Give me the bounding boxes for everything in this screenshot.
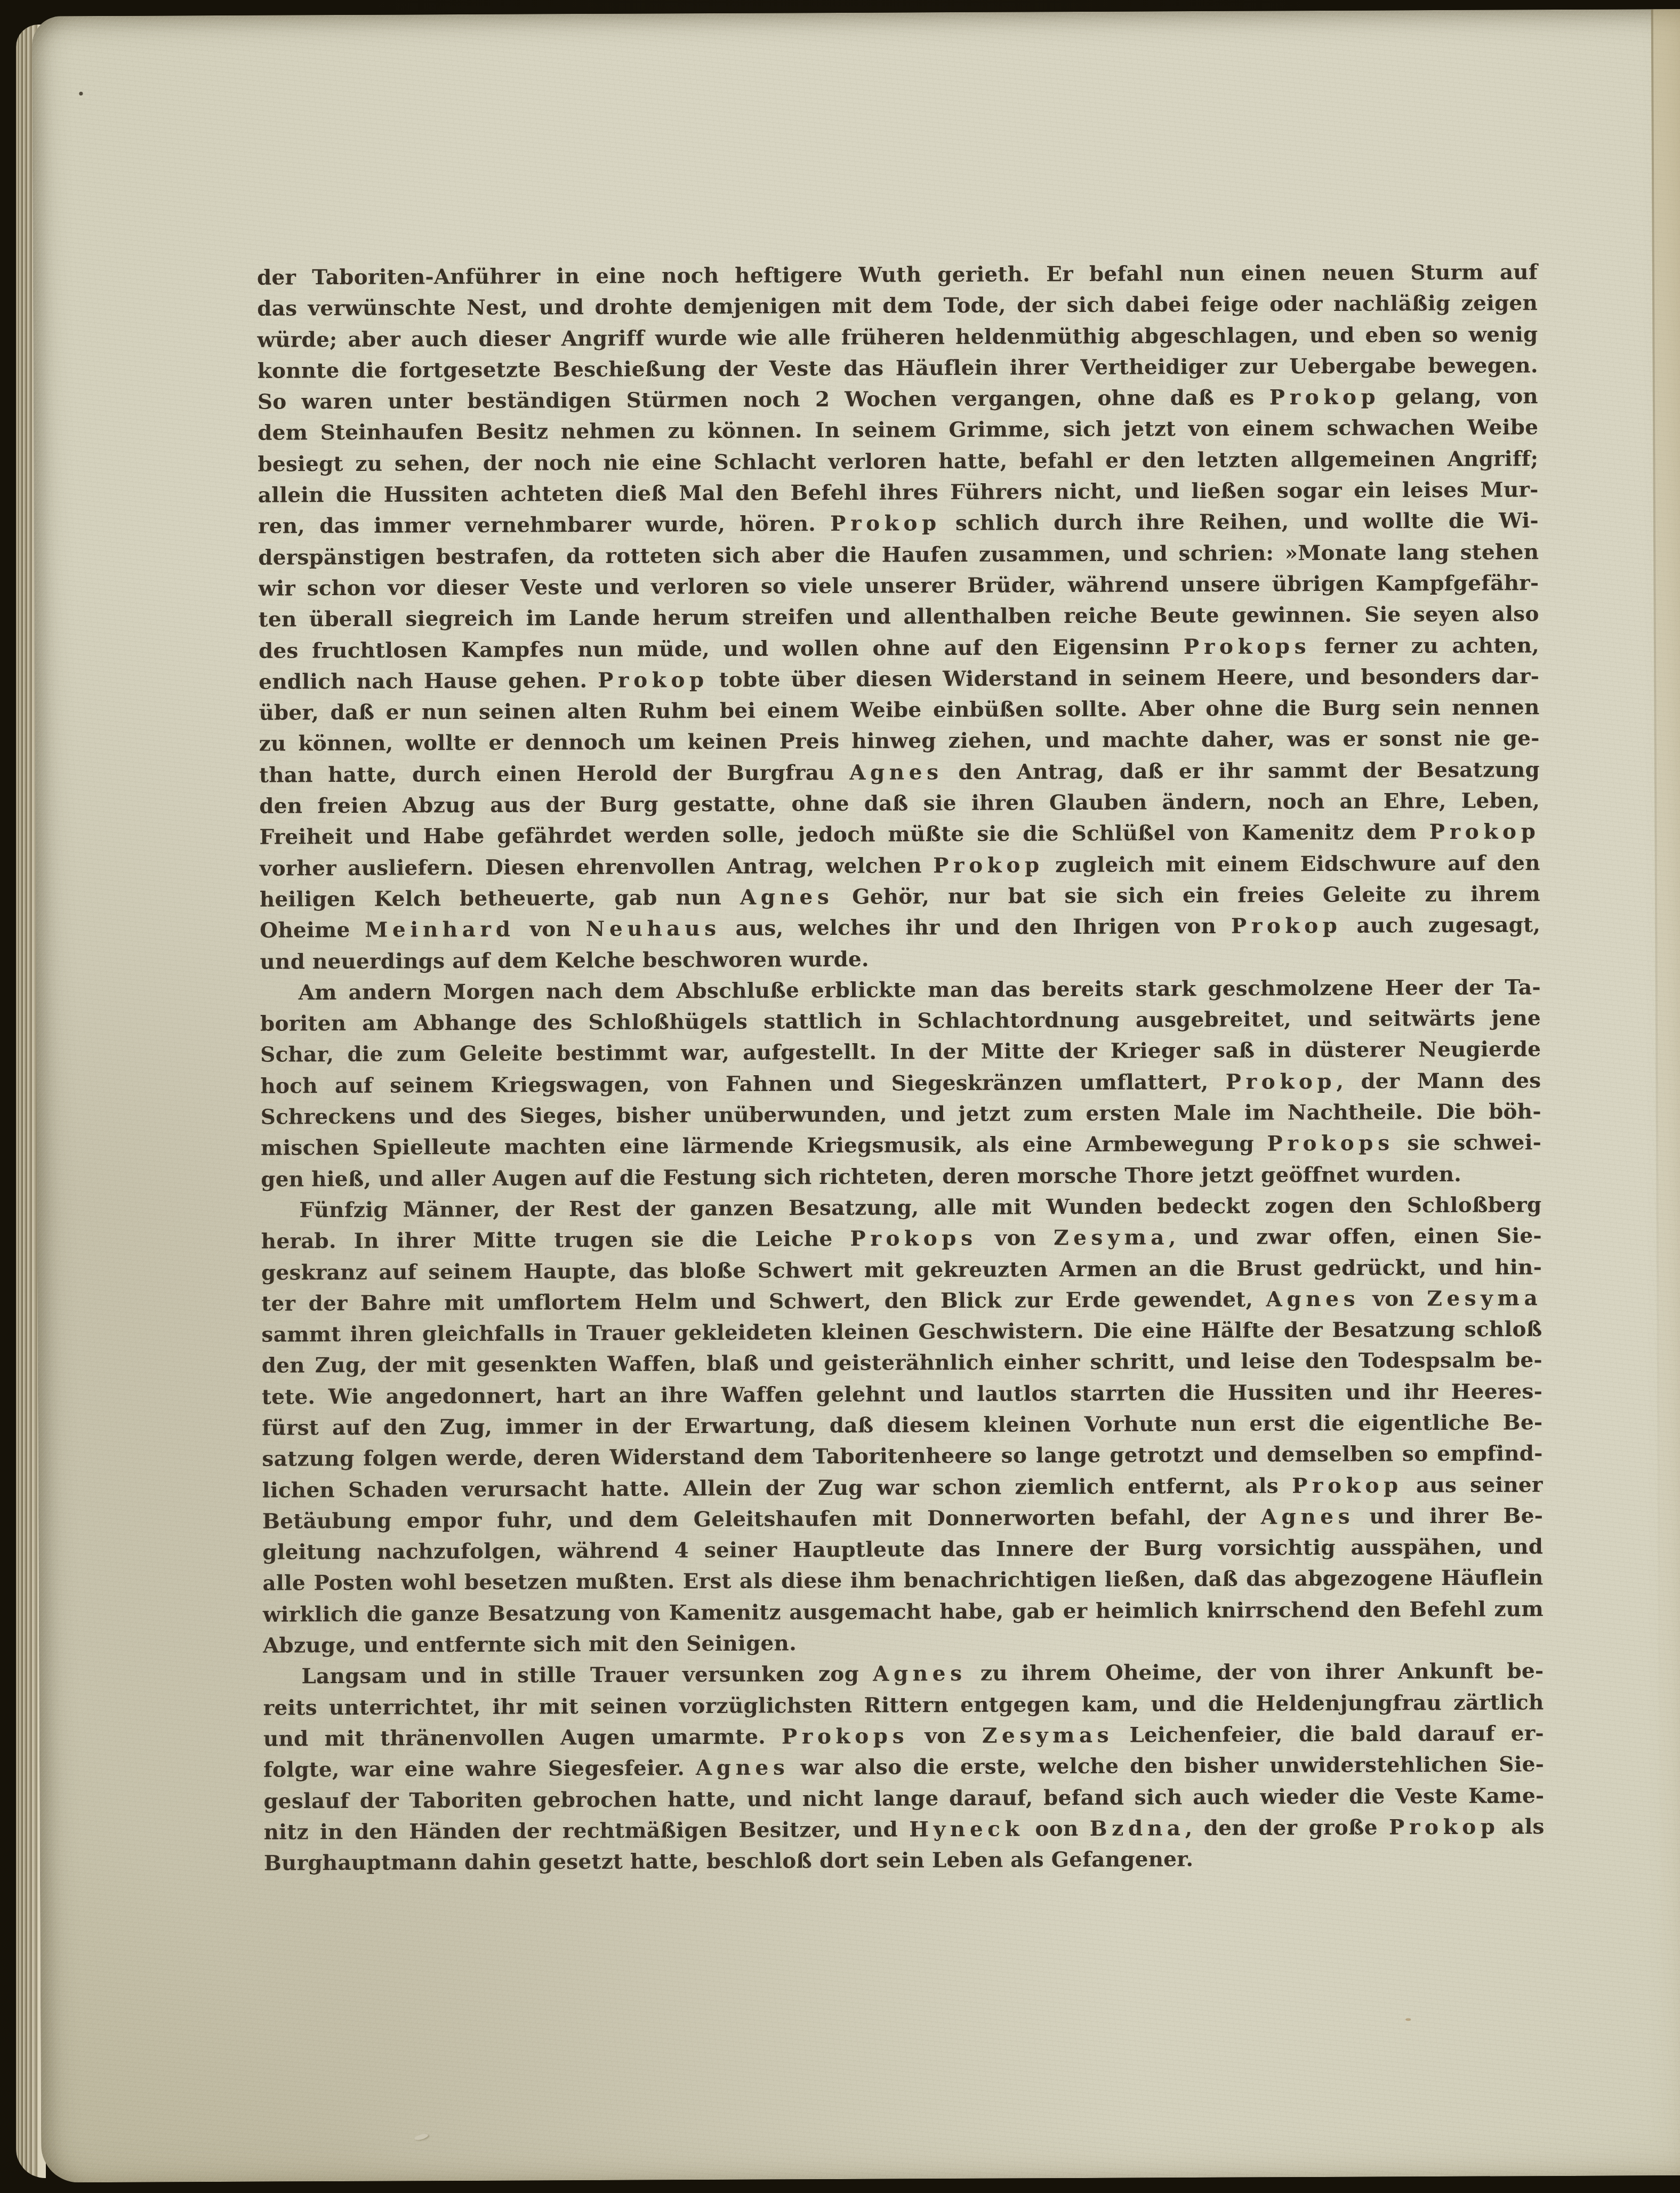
text-line: des fruchtlosen Kampfes nun müde, und wo…: [259, 630, 1539, 667]
text-line: gleitung nachzufolgen, während 4 seiner …: [262, 1531, 1543, 1568]
text-line: wir schon vor dieser Veste und verloren …: [258, 567, 1539, 604]
text-line: dem Steinhaufen Besitz nehmen zu können.…: [258, 412, 1538, 449]
letterspaced-name: Hyneck: [909, 1816, 1024, 1842]
text-line: würde; aber auch dieser Angriff wurde wi…: [257, 319, 1538, 356]
paper-sheet: der Taboriten-Anführer in eine noch heft…: [32, 9, 1680, 2182]
text-line: reits unterrichtet, ihr mit seinen vorzü…: [263, 1687, 1544, 1724]
text-line: than hatte, durch einen Herold der Burgf…: [259, 754, 1540, 791]
text-line: mischen Spielleute machten eine lärmende…: [261, 1127, 1541, 1164]
text-line: Schreckens und des Sieges, bisher unüber…: [261, 1096, 1541, 1133]
letterspaced-name: Bzdna: [1090, 1816, 1185, 1841]
letterspaced-name: Prokops: [1184, 634, 1311, 659]
paragraph: Langsam und in stille Trauer versunken z…: [263, 1656, 1545, 1879]
letterspaced-name: Prokops: [782, 1724, 909, 1749]
letterspaced-name: Neuhaus: [586, 916, 721, 941]
text-line: besiegt zu sehen, der noch nie eine Schl…: [258, 443, 1538, 480]
text-line: nitz in den Händen der rechtmäßigen Besi…: [263, 1811, 1544, 1848]
paragraph: Am andern Morgen nach dem Abschluße erbl…: [260, 972, 1542, 1195]
text-line: boriten am Abhange des Schloßhügels stat…: [260, 1003, 1541, 1039]
text-line: zu können, wollte er dennoch um keinen P…: [259, 723, 1540, 760]
letterspaced-name: Prokop: [1269, 385, 1380, 410]
letterspaced-name: Prokop: [1226, 1069, 1337, 1094]
text-line: Am andern Morgen nach dem Abschluße erbl…: [260, 972, 1541, 1009]
letterspaced-name: Agnes: [1266, 1286, 1360, 1311]
paper-fleck: [1405, 2018, 1411, 2021]
text-line: tete. Wie angedonnert, hart an ihre Waff…: [262, 1376, 1542, 1413]
letterspaced-name: Agnes: [1261, 1504, 1355, 1530]
text-line: lichen Schaden verursacht hatte. Allein …: [262, 1469, 1543, 1506]
text-line: der Taboriten-Anführer in eine noch heft…: [257, 257, 1538, 293]
text-line: Oheime Meinhard von Neuhaus aus, welches…: [260, 909, 1540, 946]
text-line: geslauf der Taboriten gebrochen hatte, u…: [263, 1780, 1544, 1817]
letterspaced-name: Prokop: [1389, 1814, 1500, 1839]
letterspaced-name: Prokop: [830, 511, 941, 536]
text-line: allein die Hussiten achteten dieß Mal de…: [258, 474, 1539, 511]
letterspaced-name: Agnes: [873, 1661, 967, 1686]
letterspaced-name: Prokops: [850, 1226, 977, 1251]
letterspaced-name: Prokop: [933, 853, 1044, 878]
letterspaced-name: Zesyma: [1427, 1286, 1542, 1311]
text-block: der Taboriten-Anführer in eine noch heft…: [257, 257, 1545, 1879]
letterspaced-name: Prokop: [1429, 820, 1540, 845]
text-line: Freiheit und Habe gefährdet werden solle…: [259, 817, 1540, 853]
text-line: über, daß er nun seinen alten Ruhm bei e…: [259, 692, 1539, 729]
text-line: das verwünschte Nest, und drohte demjeni…: [257, 288, 1538, 325]
text-line: und mit thränenvollen Augen umarmte. Pro…: [263, 1718, 1544, 1755]
text-line: vorher ausliefern. Diesen ehrenvollen An…: [260, 847, 1540, 884]
paper-emboss: [414, 2133, 428, 2141]
text-line: ter der Bahre mit umflortem Helm und Sch…: [261, 1283, 1542, 1319]
letterspaced-name: Agnes: [849, 760, 943, 785]
text-line: Betäubung empor fuhr, und dem Geleitshau…: [262, 1500, 1543, 1537]
text-line: und neuerdings auf dem Kelche beschworen…: [260, 941, 1540, 978]
text-line: Langsam und in stille Trauer versunken z…: [263, 1656, 1544, 1693]
text-line: Schar, die zum Geleite bestimmt war, auf…: [260, 1034, 1541, 1071]
text-line: den freien Abzug aus der Burg gestatte, …: [259, 785, 1540, 822]
text-line: Burghauptmann dahin gesetzt hatte, besch…: [264, 1842, 1545, 1879]
letterspaced-name: Prokop: [1231, 914, 1342, 939]
text-line: gen hieß, und aller Augen auf die Festun…: [261, 1158, 1541, 1195]
letterspaced-name: Prokops: [1267, 1131, 1394, 1156]
text-line: geskranz auf seinem Haupte, das bloße Sc…: [261, 1252, 1542, 1288]
book-page-scan: der Taboriten-Anführer in eine noch heft…: [0, 0, 1680, 2193]
text-line: wirklich die ganze Besatzung von Kamenit…: [263, 1594, 1544, 1630]
text-line: herab. In ihrer Mitte trugen sie die Lei…: [261, 1220, 1542, 1257]
text-line: konnte die fortgesetzte Beschießung der …: [258, 350, 1538, 387]
text-line: endlich nach Hause gehen. Prokop tobte ü…: [259, 661, 1539, 698]
text-line: So waren unter beständigen Stürmen noch …: [258, 381, 1538, 418]
letterspaced-name: Zesyma: [1054, 1225, 1169, 1250]
letterspaced-name: Prokop: [598, 668, 709, 693]
text-line: Fünfzig Männer, der Rest der ganzen Besa…: [261, 1189, 1541, 1226]
text-line: ten überall siegreich im Lande herum str…: [259, 598, 1539, 635]
text-line: den Zug, der mit gesenkten Waffen, blaß …: [262, 1345, 1542, 1382]
text-line: folgte, war eine wahre Siegesfeier. Agne…: [263, 1749, 1544, 1786]
text-line: sammt ihren gleichfalls in Trauer geklei…: [261, 1314, 1542, 1350]
text-line: ren, das immer vernehmbarer wurde, hören…: [258, 506, 1539, 542]
ink-speck: [79, 92, 83, 95]
letterspaced-name: Agnes: [696, 1756, 790, 1781]
text-line: hoch auf seinem Kriegswagen, von Fahnen …: [260, 1065, 1541, 1102]
letterspaced-name: Agnes: [740, 885, 834, 910]
paragraph: der Taboriten-Anführer in eine noch heft…: [257, 257, 1541, 977]
letterspaced-name: Zesymas: [982, 1723, 1114, 1748]
paragraph: Fünfzig Männer, der Rest der ganzen Besa…: [261, 1189, 1544, 1661]
text-line: derspänstigen bestrafen, da rotteten sic…: [258, 537, 1539, 573]
letterspaced-name: Meinhard: [365, 917, 515, 942]
text-line: alle Posten wohl besetzen mußten. Erst a…: [262, 1563, 1543, 1599]
text-line: fürst auf den Zug, immer in der Erwartun…: [262, 1407, 1542, 1444]
text-line: Abzuge, und entfernte sich mit den Seini…: [263, 1624, 1544, 1661]
text-line: satzung folgen werde, deren Widerstand d…: [262, 1438, 1542, 1475]
letterspaced-name: Prokop: [1292, 1473, 1403, 1498]
text-line: heiligen Kelch betheuerte, gab nun Agnes…: [260, 878, 1540, 915]
